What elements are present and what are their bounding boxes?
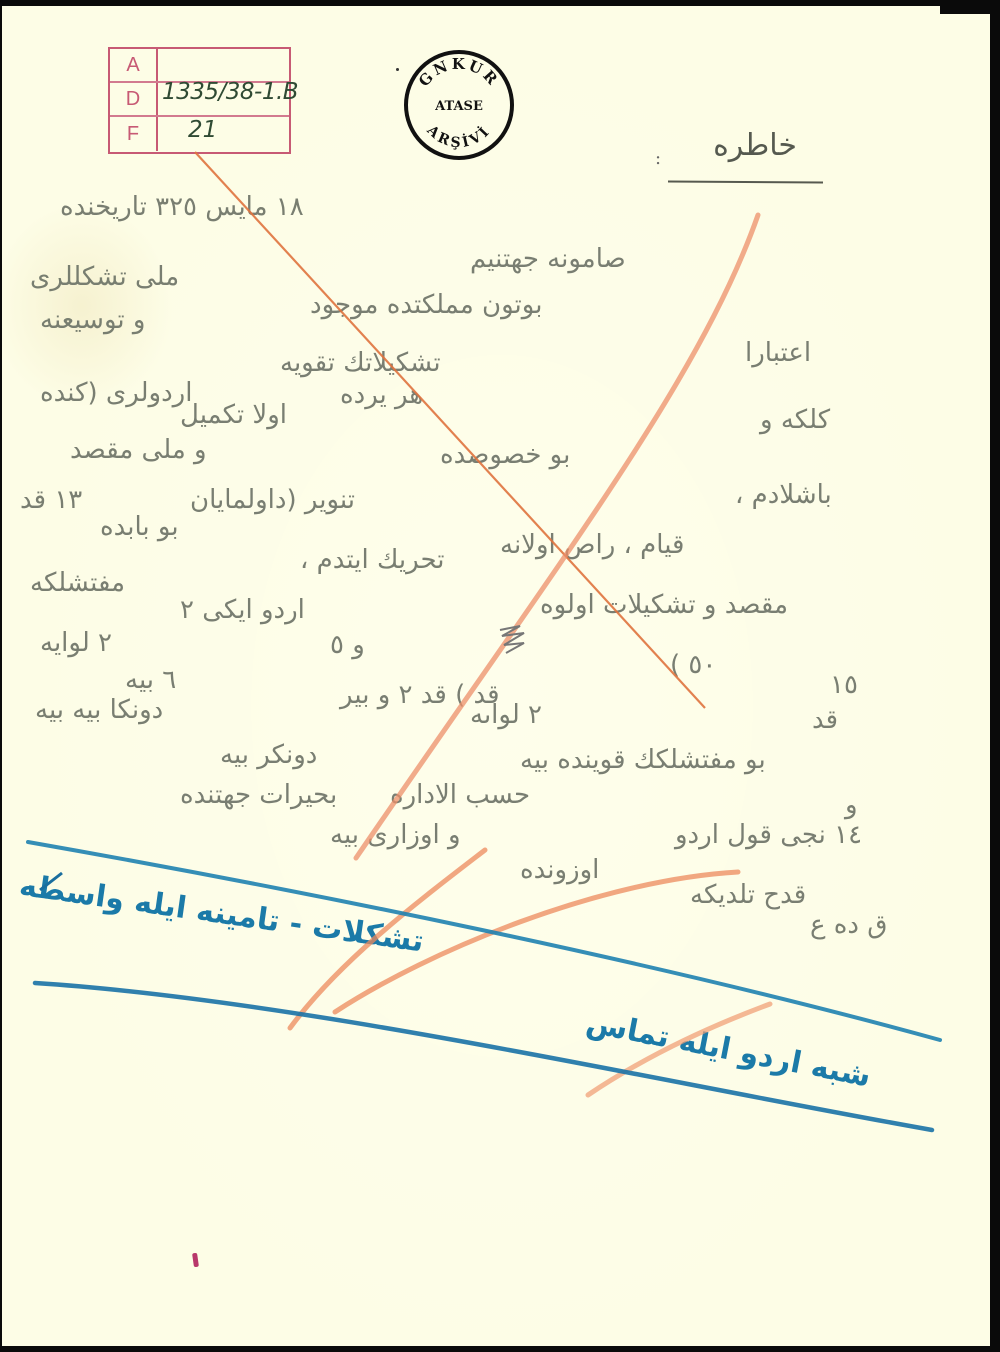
handwritten-line: ٢ لوايه [40, 628, 112, 658]
reference-value: 1335/38-1.B [162, 79, 289, 111]
handwritten-line: اولا تكميل [180, 400, 287, 430]
document-title: خاطره [700, 128, 810, 163]
handwritten-line: ١٣ قد [20, 485, 82, 515]
handwritten-line: تشكيلاتك تقويه [280, 348, 441, 378]
reference-letter: D [110, 83, 158, 115]
handwritten-line: ملى تشكللرى [30, 262, 179, 292]
handwritten-line: مقصد و تشكيلات اولوه [540, 590, 788, 620]
handwritten-line: بو بابده [100, 512, 179, 542]
handwritten-line: دونكا بيه بيه [35, 695, 163, 725]
handwritten-line: صامونه جهتنيم [470, 244, 626, 274]
reference-letter: A [110, 49, 158, 81]
handwritten-line: ١٤ نجى قول اردو [675, 820, 862, 850]
handwritten-line: باشلادم ، [735, 480, 832, 510]
title-colon: : [655, 148, 661, 169]
handwritten-line: قد [812, 705, 838, 735]
handwritten-line: تنوير (داولمايان [190, 485, 355, 515]
handwritten-line: بوتون مملكتده موجود [310, 290, 542, 320]
handwritten-line: و [845, 790, 858, 820]
handwritten-line: حسب الاداره [390, 780, 530, 810]
handwritten-line: بو مفتشلكك قوينده بيه [520, 745, 766, 775]
handwritten-line: تحريك ايتدم ، [300, 545, 445, 575]
handwritten-line: و ملى مقصد [70, 435, 207, 465]
handwritten-line: اوزونده [520, 855, 599, 885]
handwritten-line: ١٥ [830, 670, 858, 700]
handwritten-line: مفتشلكه [30, 568, 125, 598]
reference-row-a: A [110, 49, 289, 83]
handwritten-line: ٢ لواىه [470, 700, 542, 730]
handwritten-line: قيام ، راص اولانه [500, 530, 684, 560]
svg-text:ARŞİVİ: ARŞİVİ [423, 121, 494, 152]
handwritten-line: و توسيعنه [40, 305, 145, 335]
seal-center-text: ATASE [434, 99, 483, 114]
handwritten-line: قدح تلديكه [690, 880, 806, 910]
handwritten-line: بحيرات جهتنده [180, 780, 337, 810]
handwritten-line: و ٥ [330, 630, 365, 660]
reference-row-d: D 1335/38-1.B [110, 83, 289, 117]
ink-dot [396, 68, 399, 71]
handwritten-line: ٥٠ ) [670, 650, 716, 680]
handwritten-line: اردولرى (كنده [40, 378, 192, 408]
handwritten-line: ١٨ مايس ٣٢٥ تاريخنده [60, 192, 304, 222]
reference-value: 21 [188, 117, 289, 151]
handwritten-line: هر يرده [340, 380, 423, 410]
archive-seal-icon: GNKUR ATASE ARŞİVİ [403, 49, 515, 161]
handwritten-line: ق ده ع [810, 910, 887, 940]
reference-row-f: F 21 [110, 117, 289, 151]
scan-edge [940, 0, 1000, 14]
handwritten-line: بو خصوصده [440, 440, 570, 470]
seal-bottom-text: ARŞİVİ [423, 121, 494, 152]
handwritten-line: ٦ بيه [125, 665, 176, 695]
handwritten-line: دونكر بيه [220, 740, 317, 770]
handwritten-line: اردو ايكى ٢ [180, 595, 305, 625]
handwritten-line: كلكه و [760, 405, 830, 435]
reference-letter: F [110, 117, 158, 151]
reference-stamp-box: A D 1335/38-1.B F 21 [108, 47, 291, 154]
handwritten-line: و اوزارى بيه [330, 820, 461, 850]
handwritten-line: اعتبارا [745, 338, 811, 368]
